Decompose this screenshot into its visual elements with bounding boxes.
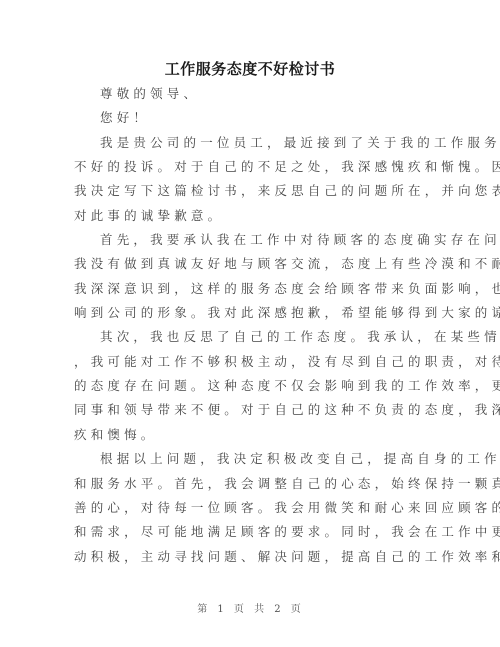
text-line: 善的心，对待每一位顾客。我会用微笑和耐心来回应顾客的问题 [74,496,417,520]
salutation-line: 尊敬的领导、 [74,82,417,106]
document-title: 工作服务态度不好检讨书 [0,58,500,79]
greeting-line: 您好！ [74,106,417,130]
document-page: 工作服务态度不好检讨书 尊敬的领导、 您好！ 我是贵公司的一位员工，最近接到了关… [0,0,500,647]
text-line: 和需求，尽可能地满足顾客的要求。同时，我会在工作中更加主 [74,520,417,544]
text-line: 同事和领导带来不便。对于自己的这种不负责的态度，我深感愧 [74,398,417,422]
document-body: 尊敬的领导、 您好！ 我是贵公司的一位员工，最近接到了关于我的工作服务态度 不好… [74,82,417,569]
text-line: 疚和懊悔。 [74,423,417,447]
text-line: 根据以上问题，我决定积极改变自己，提高自身的工作态度 [74,447,417,471]
text-line: 我决定写下这篇检讨书，来反思自己的问题所在，并向您表达我 [74,179,417,203]
text-line: 和服务水平。首先，我会调整自己的心态，始终保持一颗真诚友 [74,472,417,496]
text-line: 不好的投诉。对于自己的不足之处，我深感愧疚和惭愧。因此， [74,155,417,179]
text-line: ，我可能对工作不够积极主动，没有尽到自己的职责，对待工作 [74,350,417,374]
text-line: 其次，我也反思了自己的工作态度。我承认，在某些情况下 [74,325,417,349]
text-line: 首先，我要承认我在工作中对待顾客的态度确实存在问题。 [74,228,417,252]
text-line: 响到公司的形象。我对此深感抱歉，希望能够得到大家的谅解。 [74,301,417,325]
text-line: 我没有做到真诚友好地与顾客交流，态度上有些冷漠和不耐烦。 [74,252,417,276]
text-line: 动积极，主动寻找问题、解决问题，提高自己的工作效率和质量 [74,545,417,569]
text-line: 我是贵公司的一位员工，最近接到了关于我的工作服务态度 [74,131,417,155]
page-number-footer: 第 1 页 共 2 页 [0,600,500,615]
text-line: 对此事的诚挚歉意。 [74,204,417,228]
text-line: 的态度存在问题。这种态度不仅会影响到我的工作效率，更会给 [74,374,417,398]
text-line: 我深深意识到，这样的服务态度会给顾客带来负面影响，也会影 [74,277,417,301]
